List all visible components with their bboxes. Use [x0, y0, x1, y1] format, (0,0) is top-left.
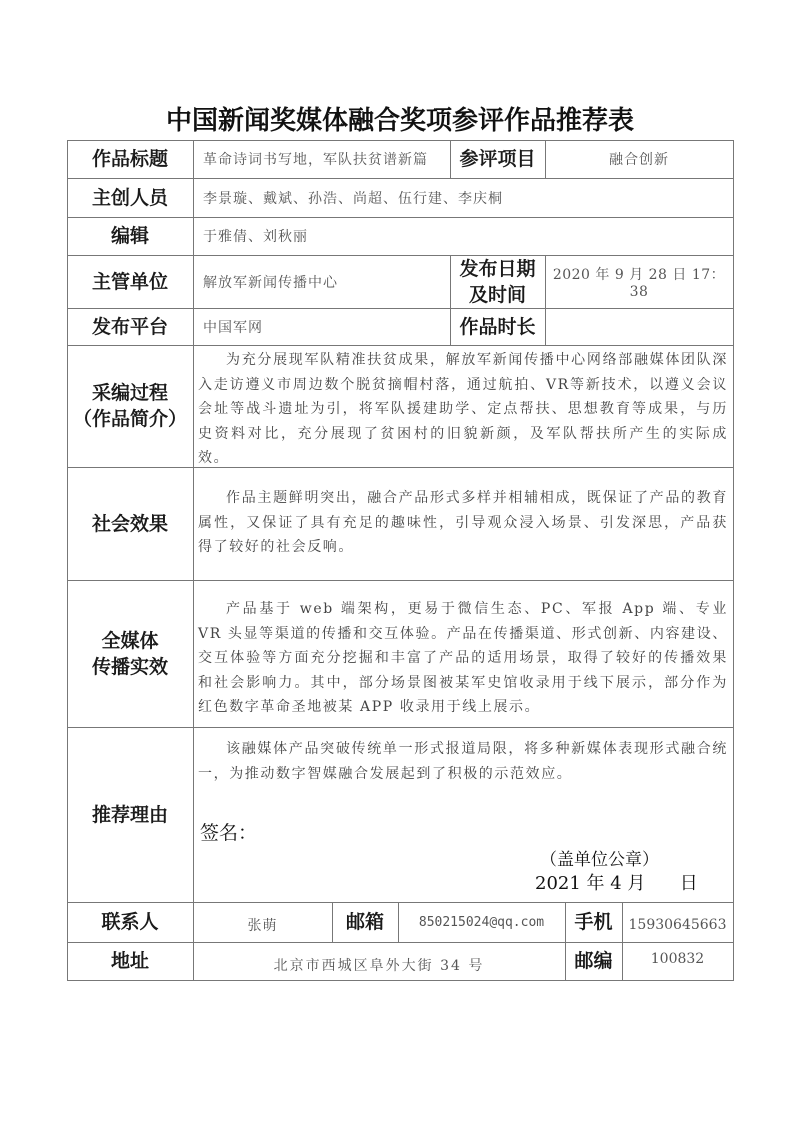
postcode-value: 100832: [622, 942, 733, 980]
recommendation-label: 推荐理由: [67, 727, 193, 902]
publish-date-value: 2020 年 9 月 28 日 17：38: [545, 255, 733, 308]
recommendation-date: 2021 年 4 月 日: [535, 869, 698, 895]
creators-label: 主创人员: [67, 178, 193, 217]
process-label: 采编过程 （作品简介）: [67, 345, 193, 467]
social-effect-label: 社会效果: [67, 467, 193, 580]
phone-label: 手机: [565, 902, 622, 942]
email-value: 850215024@qq.com: [398, 902, 565, 942]
contact-value: 张萌: [193, 902, 332, 942]
work-title-label: 作品标题: [67, 140, 193, 178]
publish-date-label: 发布日期 及时间: [450, 255, 545, 308]
postcode-label: 邮编: [565, 942, 622, 980]
media-effect-text: 产品基于 web 端架构，更易于微信生态、PC、军报 App 端、专业 VR 头…: [198, 597, 728, 720]
editors-value: 于雅倩、刘秋丽: [193, 217, 733, 255]
address-label: 地址: [67, 942, 193, 980]
social-effect-text: 作品主题鲜明突出，融合产品形式多样并相辅相成，既保证了产品的教育属性，又保证了具…: [198, 486, 728, 560]
page-title: 中国新闻奖媒体融合奖项参评作品推荐表: [0, 100, 800, 137]
address-value: 北京市西城区阜外大街 34 号: [193, 942, 565, 980]
unit-label: 主管单位: [67, 255, 193, 308]
duration-label: 作品时长: [450, 308, 545, 345]
media-effect-label: 全媒体 传播实效: [67, 580, 193, 727]
category-label: 参评项目: [450, 140, 545, 178]
signature-label: 签名：: [200, 818, 257, 845]
stamp-label: （盖单位公章）: [540, 845, 659, 870]
platform-value: 中国军网: [193, 308, 450, 345]
email-label: 邮箱: [332, 902, 398, 942]
process-text: 为充分展现军队精准扶贫成果，解放军新闻传播中心网络部融媒体团队深入走访遵义市周边…: [198, 348, 728, 471]
recommendation-text: 该融媒体产品突破传统单一形式报道局限，将多种新媒体表现形式融合统一，为推动数字智…: [198, 737, 728, 786]
contact-label: 联系人: [67, 902, 193, 942]
creators-value: 李景璇、戴斌、孙浩、尚超、伍行建、李庆桐: [193, 178, 733, 217]
unit-value: 解放军新闻传播中心: [193, 255, 450, 308]
editors-label: 编辑: [67, 217, 193, 255]
category-value: 融合创新: [545, 140, 733, 178]
phone-value: 15930645663: [622, 902, 733, 942]
work-title-value: 革命诗词书写地，军队扶贫谱新篇: [193, 140, 450, 178]
duration-value: [545, 308, 733, 345]
platform-label: 发布平台: [67, 308, 193, 345]
